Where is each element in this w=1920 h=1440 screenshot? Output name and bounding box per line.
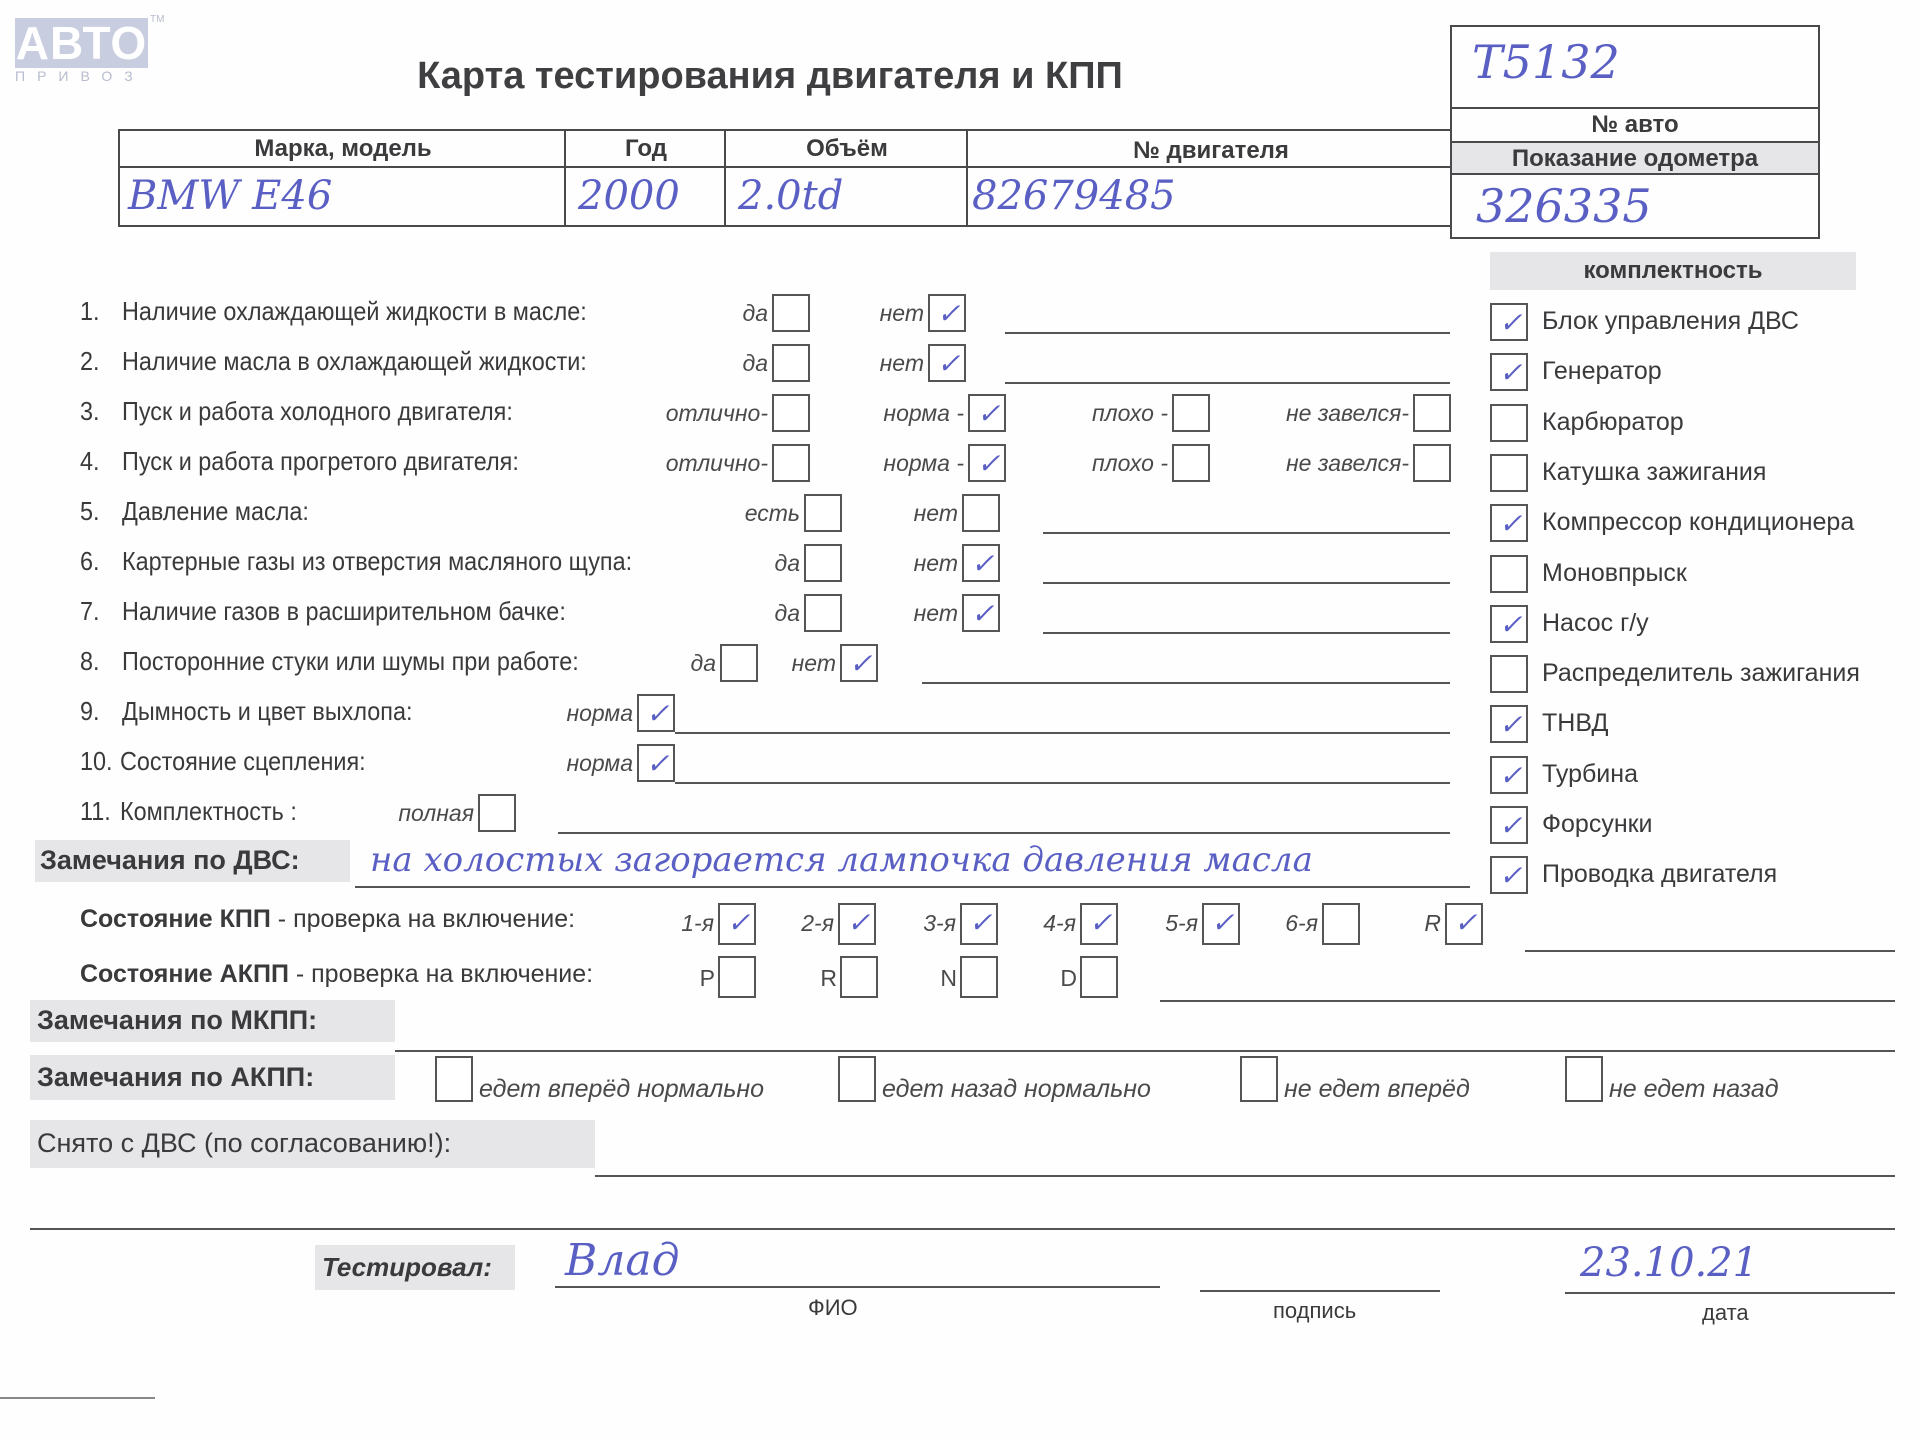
- question-text: Наличие охлаждающей жидкости в масле:: [122, 296, 587, 327]
- kit-item-label: ТНВД: [1542, 709, 1608, 738]
- logo-trademark: TM: [150, 14, 164, 25]
- page-title: Карта тестирования двигателя и КПП: [330, 55, 1210, 98]
- question-text: Посторонние стуки или шумы при работе:: [122, 646, 579, 677]
- option-checkbox[interactable]: [804, 544, 842, 582]
- kit-item-label: Форсунки: [1542, 810, 1653, 839]
- question-text: Состояние сцепления:: [120, 746, 366, 777]
- auto-gearbox-label-bold: Состояние АКПП: [80, 960, 289, 988]
- kit-checkbox[interactable]: [1490, 756, 1528, 794]
- option-checkbox[interactable]: [1413, 394, 1451, 432]
- question-number: 4.: [80, 446, 100, 477]
- gear-checkbox[interactable]: [1080, 903, 1118, 945]
- engine-number-field[interactable]: 82679485: [972, 173, 1176, 219]
- kit-checkbox[interactable]: [1490, 404, 1528, 442]
- option-checkbox[interactable]: [1172, 444, 1210, 482]
- gear-checkbox[interactable]: [1445, 903, 1483, 945]
- option-checkbox[interactable]: [968, 394, 1006, 432]
- kit-checkbox[interactable]: [1490, 303, 1528, 341]
- date-caption: дата: [1702, 1300, 1749, 1326]
- car-number-label: № авто: [1452, 111, 1818, 139]
- notes-line[interactable]: [1005, 382, 1450, 384]
- kit-item-label: Турбина: [1542, 760, 1638, 789]
- engine-remarks-field[interactable]: на холостых загорается лампочка давления…: [370, 840, 1313, 880]
- auto-gearbox-label: Состояние АКПП - проверка на включение:: [80, 960, 593, 989]
- option-checkbox[interactable]: [840, 644, 878, 682]
- kit-item-label: Проводка двигателя: [1542, 860, 1777, 889]
- option-checkbox[interactable]: [478, 794, 516, 832]
- kit-item-label: Карбюратор: [1542, 408, 1684, 437]
- question-number: 11.: [80, 796, 111, 827]
- kit-checkbox[interactable]: [1490, 504, 1528, 542]
- notes-line[interactable]: [1005, 332, 1450, 334]
- option-label: да: [774, 550, 800, 577]
- option-checkbox[interactable]: [804, 594, 842, 632]
- auto-remarks-label: Замечания по АКПП:: [37, 1062, 314, 1093]
- option-label: отлично-: [666, 400, 768, 427]
- manual-gearbox-label-bold: Состояние КПП: [80, 905, 271, 933]
- auto-remark-label: едет назад нормально: [882, 1075, 1151, 1104]
- kit-item-label: Моновпрыск: [1542, 559, 1687, 588]
- year-field[interactable]: 2000: [578, 173, 680, 219]
- kit-item-label: Распределитель зажигания: [1542, 659, 1860, 688]
- question-number: 3.: [80, 396, 100, 427]
- manual-gearbox-label-rest: - проверка на включение:: [271, 905, 575, 933]
- date-field[interactable]: 23.10.21: [1580, 1240, 1758, 1286]
- notes-line[interactable]: [1043, 632, 1450, 634]
- option-label: нет: [880, 300, 924, 327]
- odometer-field[interactable]: 326335: [1476, 179, 1652, 233]
- option-checkbox[interactable]: [1413, 444, 1451, 482]
- kit-checkbox[interactable]: [1490, 655, 1528, 693]
- odometer-label: Показание одометра: [1452, 145, 1818, 173]
- question-text: Пуск и работа холодного двигателя:: [122, 396, 513, 427]
- question-number: 1.: [80, 296, 100, 327]
- option-label: не завелся-: [1286, 450, 1409, 477]
- option-checkbox[interactable]: [772, 294, 810, 332]
- name-caption: ФИО: [808, 1295, 858, 1321]
- question-number: 7.: [80, 596, 100, 627]
- auto-remark-checkbox[interactable]: [838, 1056, 876, 1102]
- option-label: плохо -: [1092, 400, 1168, 427]
- auto-gearbox-label-rest: - проверка на включение:: [289, 960, 593, 988]
- kit-checkbox[interactable]: [1490, 353, 1528, 391]
- option-checkbox[interactable]: [637, 744, 675, 782]
- option-checkbox[interactable]: [962, 594, 1000, 632]
- signature-caption: подпись: [1273, 1298, 1356, 1324]
- mode-label: D: [1060, 965, 1077, 992]
- removed-label: Снято с ДВС (по согласованию!):: [37, 1128, 451, 1159]
- kit-checkbox[interactable]: [1490, 856, 1528, 894]
- header-volume: Объём: [726, 135, 968, 163]
- option-label: не завелся-: [1286, 400, 1409, 427]
- notes-line[interactable]: [675, 732, 1450, 734]
- option-label: нет: [792, 650, 836, 677]
- option-checkbox[interactable]: [720, 644, 758, 682]
- gear-label: 2-я: [801, 910, 834, 937]
- notes-line[interactable]: [1043, 582, 1450, 584]
- auto-remark-label: не едет назад: [1609, 1075, 1779, 1104]
- option-label: есть: [745, 500, 800, 527]
- question-text: Пуск и работа прогретого двигателя:: [122, 446, 519, 477]
- question-number: 10.: [80, 746, 113, 777]
- auto-remark-checkbox[interactable]: [1240, 1056, 1278, 1102]
- notes-line[interactable]: [558, 832, 1450, 834]
- kit-item-label: Насос г/у: [1542, 609, 1649, 638]
- question-number: 8.: [80, 646, 100, 677]
- gear-label: R: [1424, 910, 1441, 937]
- manual-remarks-label: Замечания по МКПП:: [37, 1005, 317, 1036]
- engine-remarks-label: Замечания по ДВС:: [40, 845, 300, 876]
- question-text: Наличие масла в охлаждающей жидкости:: [122, 346, 587, 377]
- header-make-model: Марка, модель: [120, 135, 566, 163]
- option-label: да: [742, 300, 768, 327]
- option-checkbox[interactable]: [962, 494, 1000, 532]
- question-number: 5.: [80, 496, 100, 527]
- option-label: норма: [566, 750, 633, 777]
- tested-by-label: Тестировал:: [322, 1252, 492, 1283]
- kit-checkbox[interactable]: [1490, 454, 1528, 492]
- mode-label: R: [820, 965, 837, 992]
- option-checkbox[interactable]: [772, 344, 810, 382]
- header-engine-number: № двигателя: [968, 137, 1454, 165]
- mode-checkbox[interactable]: [718, 956, 756, 998]
- vehicle-table: Марка, модель Год Объём № двигателя BMW …: [118, 129, 1452, 227]
- option-label: норма: [566, 700, 633, 727]
- gear-checkbox[interactable]: [718, 903, 756, 945]
- kit-checkbox[interactable]: [1490, 605, 1528, 643]
- volume-field[interactable]: 2.0td: [738, 173, 843, 219]
- option-label: да: [742, 350, 768, 377]
- gear-label: 1-я: [681, 910, 714, 937]
- question-number: 9.: [80, 696, 100, 727]
- gear-label: 6-я: [1285, 910, 1318, 937]
- option-checkbox[interactable]: [637, 694, 675, 732]
- kit-checkbox[interactable]: [1490, 806, 1528, 844]
- make-model-field[interactable]: BMW E46: [128, 173, 332, 219]
- option-checkbox[interactable]: [772, 444, 810, 482]
- option-label: нет: [914, 550, 958, 577]
- option-checkbox[interactable]: [1172, 394, 1210, 432]
- kit-checkbox[interactable]: [1490, 555, 1528, 593]
- tester-name-field[interactable]: Влад: [565, 1235, 679, 1286]
- mode-label: P: [700, 965, 715, 992]
- question-text: Дымность и цвет выхлопа:: [122, 696, 412, 727]
- gear-checkbox[interactable]: [1322, 903, 1360, 945]
- option-checkbox[interactable]: [928, 344, 966, 382]
- option-label: нет: [914, 500, 958, 527]
- divider: [0, 1397, 155, 1399]
- option-checkbox[interactable]: [804, 494, 842, 532]
- option-label: норма -: [883, 400, 964, 427]
- option-checkbox[interactable]: [968, 444, 1006, 482]
- kit-item-label: Катушка зажигания: [1542, 458, 1766, 487]
- gear-label: 3-я: [923, 910, 956, 937]
- option-label: полная: [398, 800, 474, 827]
- car-number-field[interactable]: Т5132: [1472, 35, 1620, 89]
- question-text: Давление масла:: [122, 496, 309, 527]
- option-checkbox[interactable]: [962, 544, 1000, 582]
- header-year: Год: [566, 135, 726, 163]
- car-info-box: Т5132 № авто Показание одометра 326335: [1450, 25, 1820, 239]
- mode-checkbox[interactable]: [1080, 956, 1118, 998]
- avto-privoz-logo: АВТО: [15, 18, 148, 68]
- option-label: норма -: [883, 450, 964, 477]
- gear-checkbox[interactable]: [838, 903, 876, 945]
- gear-checkbox[interactable]: [960, 903, 998, 945]
- notes-line[interactable]: [1043, 532, 1450, 534]
- gear-label: 4-я: [1043, 910, 1076, 937]
- question-text: Наличие газов в расширительном бачке:: [122, 596, 566, 627]
- question-number: 2.: [80, 346, 100, 377]
- mode-label: N: [940, 965, 957, 992]
- option-checkbox[interactable]: [772, 394, 810, 432]
- kit-item-label: Генератор: [1542, 357, 1662, 386]
- gear-checkbox[interactable]: [1202, 903, 1240, 945]
- auto-remark-label: едет вперёд нормально: [479, 1075, 764, 1104]
- option-label: нет: [880, 350, 924, 377]
- notes-line[interactable]: [922, 682, 1450, 684]
- logo-subtitle: ПРИВОЗ: [15, 68, 150, 84]
- auto-remark-checkbox[interactable]: [435, 1056, 473, 1102]
- auto-remark-checkbox[interactable]: [1565, 1056, 1603, 1102]
- kit-item-label: Компрессор кондиционера: [1542, 508, 1854, 537]
- question-text: Комплектность :: [120, 796, 297, 827]
- mode-checkbox[interactable]: [960, 956, 998, 998]
- option-label: да: [690, 650, 716, 677]
- option-label: да: [774, 600, 800, 627]
- gear-label: 5-я: [1165, 910, 1198, 937]
- question-number: 6.: [80, 546, 100, 577]
- option-checkbox[interactable]: [928, 294, 966, 332]
- kit-header: комплектность: [1490, 252, 1856, 290]
- option-label: плохо -: [1092, 450, 1168, 477]
- manual-gearbox-label: Состояние КПП - проверка на включение:: [80, 905, 575, 934]
- option-label: отлично-: [666, 450, 768, 477]
- option-label: нет: [914, 600, 958, 627]
- question-text: Картерные газы из отверстия масляного щу…: [122, 546, 632, 577]
- kit-item-label: Блок управления ДВС: [1542, 307, 1799, 336]
- notes-line[interactable]: [675, 782, 1450, 784]
- auto-remark-label: не едет вперёд: [1284, 1075, 1470, 1104]
- kit-checkbox[interactable]: [1490, 705, 1528, 743]
- mode-checkbox[interactable]: [840, 956, 878, 998]
